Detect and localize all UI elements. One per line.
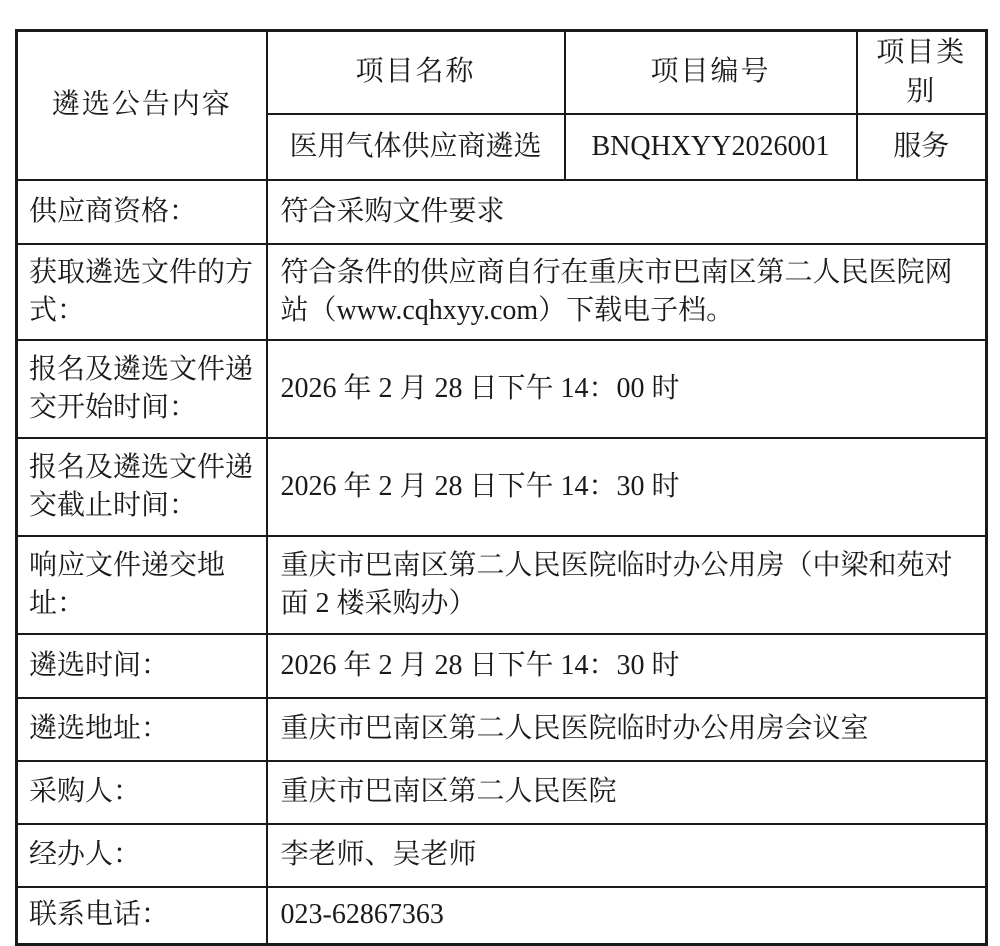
col-header-project-category: 项目类别 — [857, 31, 987, 115]
row-label: 响应文件递交地址： — [17, 536, 267, 634]
row-label: 报名及遴选文件递交开始时间： — [17, 340, 267, 438]
table-row: 遴选地址：重庆市巴南区第二人民医院临时办公用房会议室 — [17, 698, 987, 761]
table-row: 遴选时间：2026 年 2 月 28 日下午 14：30 时 — [17, 634, 987, 698]
table-row: 响应文件递交地址：重庆市巴南区第二人民医院临时办公用房（中梁和苑对面 2 楼采购… — [17, 536, 987, 634]
row-label: 遴选地址： — [17, 698, 267, 761]
row-label: 采购人： — [17, 761, 267, 824]
row-value: 2026 年 2 月 28 日下午 14：00 时 — [267, 340, 987, 438]
row-label: 报名及遴选文件递交截止时间： — [17, 438, 267, 536]
project-category-value: 服务 — [857, 114, 987, 180]
row-value: 符合条件的供应商自行在重庆市巴南区第二人民医院网站（www.cqhxyy.com… — [267, 244, 987, 340]
table-title-cell: 遴选公告内容 — [17, 31, 267, 181]
row-label: 联系电话： — [17, 887, 267, 944]
row-label: 供应商资格： — [17, 180, 267, 244]
table-row: 报名及遴选文件递交开始时间：2026 年 2 月 28 日下午 14：00 时 — [17, 340, 987, 438]
selection-announcement-table: 遴选公告内容 项目名称 项目编号 项目类别 医用气体供应商遴选 BNQHXYY2… — [15, 29, 988, 946]
header-row-labels: 遴选公告内容 项目名称 项目编号 项目类别 — [17, 31, 987, 115]
col-header-project-number: 项目编号 — [565, 31, 857, 115]
announcement-table-container: 遴选公告内容 项目名称 项目编号 项目类别 医用气体供应商遴选 BNQHXYY2… — [15, 29, 988, 946]
page: { "page": { "background": "#ffffff", "bo… — [0, 0, 1000, 939]
table-row: 获取遴选文件的方式：符合条件的供应商自行在重庆市巴南区第二人民医院网站（www.… — [17, 244, 987, 340]
row-value: 李老师、吴老师 — [267, 824, 987, 887]
row-value: 重庆市巴南区第二人民医院临时办公用房会议室 — [267, 698, 987, 761]
col-header-project-name: 项目名称 — [267, 31, 565, 115]
table-row: 采购人：重庆市巴南区第二人民医院 — [17, 761, 987, 824]
table-row: 报名及遴选文件递交截止时间：2026 年 2 月 28 日下午 14：30 时 — [17, 438, 987, 536]
table-row: 经办人：李老师、吴老师 — [17, 824, 987, 887]
row-value: 重庆市巴南区第二人民医院 — [267, 761, 987, 824]
row-value: 2026 年 2 月 28 日下午 14：30 时 — [267, 634, 987, 698]
row-value: 023-62867363 — [267, 887, 987, 944]
row-label: 遴选时间： — [17, 634, 267, 698]
row-value: 符合采购文件要求 — [267, 180, 987, 244]
table-row: 供应商资格：符合采购文件要求 — [17, 180, 987, 244]
table-row: 联系电话：023-62867363 — [17, 887, 987, 944]
row-label: 获取遴选文件的方式： — [17, 244, 267, 340]
row-label: 经办人： — [17, 824, 267, 887]
project-number-value: BNQHXYY2026001 — [565, 114, 857, 180]
project-name-value: 医用气体供应商遴选 — [267, 114, 565, 180]
row-value: 2026 年 2 月 28 日下午 14：30 时 — [267, 438, 987, 536]
row-value: 重庆市巴南区第二人民医院临时办公用房（中梁和苑对面 2 楼采购办） — [267, 536, 987, 634]
